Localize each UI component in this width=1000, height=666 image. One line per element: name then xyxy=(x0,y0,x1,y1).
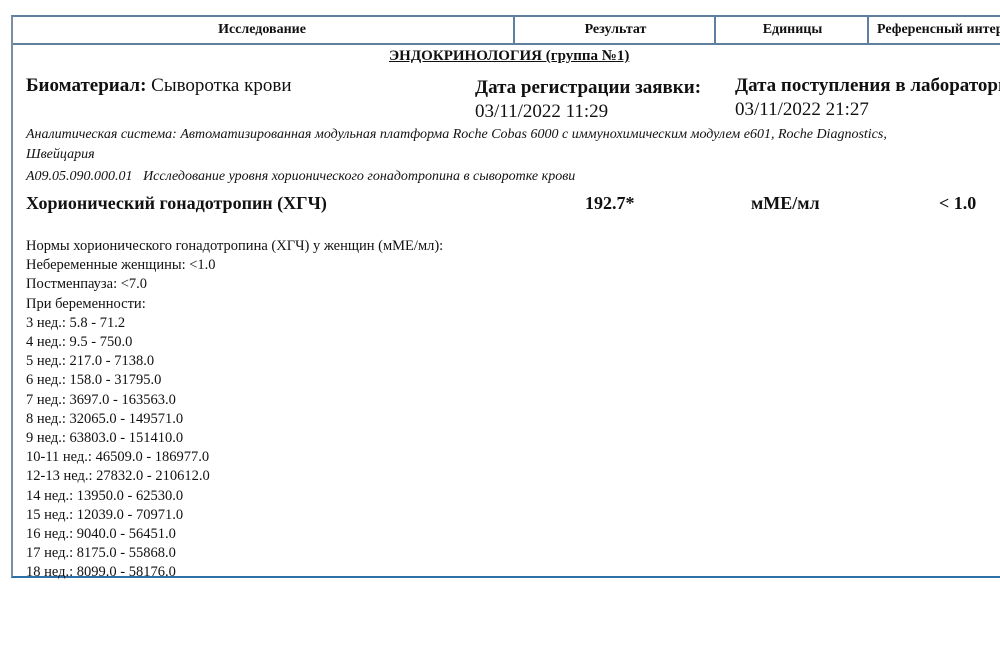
lab-report-sheet: Исследование Результат Единицы Референсн… xyxy=(11,15,1000,578)
biomaterial-value: Сыворотка крови xyxy=(151,75,291,96)
norms-week-item: 18 нед.: 8099.0 - 58176.0 xyxy=(26,563,443,582)
norms-week-item: 9 нед.: 63803.0 - 151410.0 xyxy=(26,429,443,448)
table-header-row: Исследование Результат Единицы Референсн… xyxy=(13,17,1000,45)
section-title: ЭНДОКРИНОЛОГИЯ (группа №1) xyxy=(389,48,629,65)
result-value: 192.7* xyxy=(585,193,635,214)
norms-week-item: 16 нед.: 9040.0 - 56451.0 xyxy=(26,525,443,544)
norms-pregnancy-title: При беременности: xyxy=(26,295,443,314)
norms-week-item: 10-11 нед.: 46509.0 - 186977.0 xyxy=(26,448,443,467)
study-code: A09.05.090.000.01 xyxy=(26,169,133,184)
norms-week-item: 17 нед.: 8175.0 - 55868.0 xyxy=(26,544,443,563)
norms-week-item: 15 нед.: 12039.0 - 70971.0 xyxy=(26,506,443,525)
result-reference: < 1.0 xyxy=(939,193,976,214)
norms-week-item: 6 нед.: 158.0 - 31795.0 xyxy=(26,371,443,390)
arrival-date-value: 03/11/2022 21:27 xyxy=(735,99,869,121)
biomaterial: Биоматериал: Сыворотка крови xyxy=(26,75,292,97)
column-header-result: Результат xyxy=(513,17,716,43)
column-header-units: Единицы xyxy=(714,17,869,43)
norms-week-item: 8 нед.: 32065.0 - 149571.0 xyxy=(26,410,443,429)
norms-week-item: 3 нед.: 5.8 - 71.2 xyxy=(26,314,443,333)
study-description: Исследование уровня хорионического гонад… xyxy=(143,169,575,184)
norms-week-item: 5 нед.: 217.0 - 7138.0 xyxy=(26,352,443,371)
arrival-date-label: Дата поступления в лабораторию: xyxy=(735,75,1000,97)
norms-title: Нормы хорионического гонадотропина (ХГЧ)… xyxy=(26,237,443,256)
norms-postmenopause: Постменпауза: <7.0 xyxy=(26,275,443,294)
study-code-line: A09.05.090.000.01 Исследование уровня хо… xyxy=(26,169,575,185)
norms-week-item: 14 нед.: 13950.0 - 62530.0 xyxy=(26,487,443,506)
column-header-study: Исследование xyxy=(13,17,511,43)
column-header-reference: Референсный интервал xyxy=(867,17,1000,43)
analytic-system-line1: Аналитическая система: Автоматизированна… xyxy=(26,127,887,143)
norms-week-item: 4 нед.: 9.5 - 750.0 xyxy=(26,333,443,352)
norms-week-item: 12-13 нед.: 27832.0 - 210612.0 xyxy=(26,467,443,486)
analytic-system-line2: Швейцария xyxy=(26,147,95,163)
result-test-name: Хорионический гонадотропин (ХГЧ) xyxy=(26,193,327,214)
registration-date-label: Дата регистрации заявки: xyxy=(475,77,701,99)
norms-week-item: 7 нед.: 3697.0 - 163563.0 xyxy=(26,391,443,410)
biomaterial-label: Биоматериал: xyxy=(26,75,146,96)
registration-date-value: 03/11/2022 11:29 xyxy=(475,101,608,123)
result-units: мМЕ/мл xyxy=(751,193,820,214)
norms-block: Нормы хорионического гонадотропина (ХГЧ)… xyxy=(26,237,443,583)
norms-non-pregnant: Небеременные женщины: <1.0 xyxy=(26,256,443,275)
